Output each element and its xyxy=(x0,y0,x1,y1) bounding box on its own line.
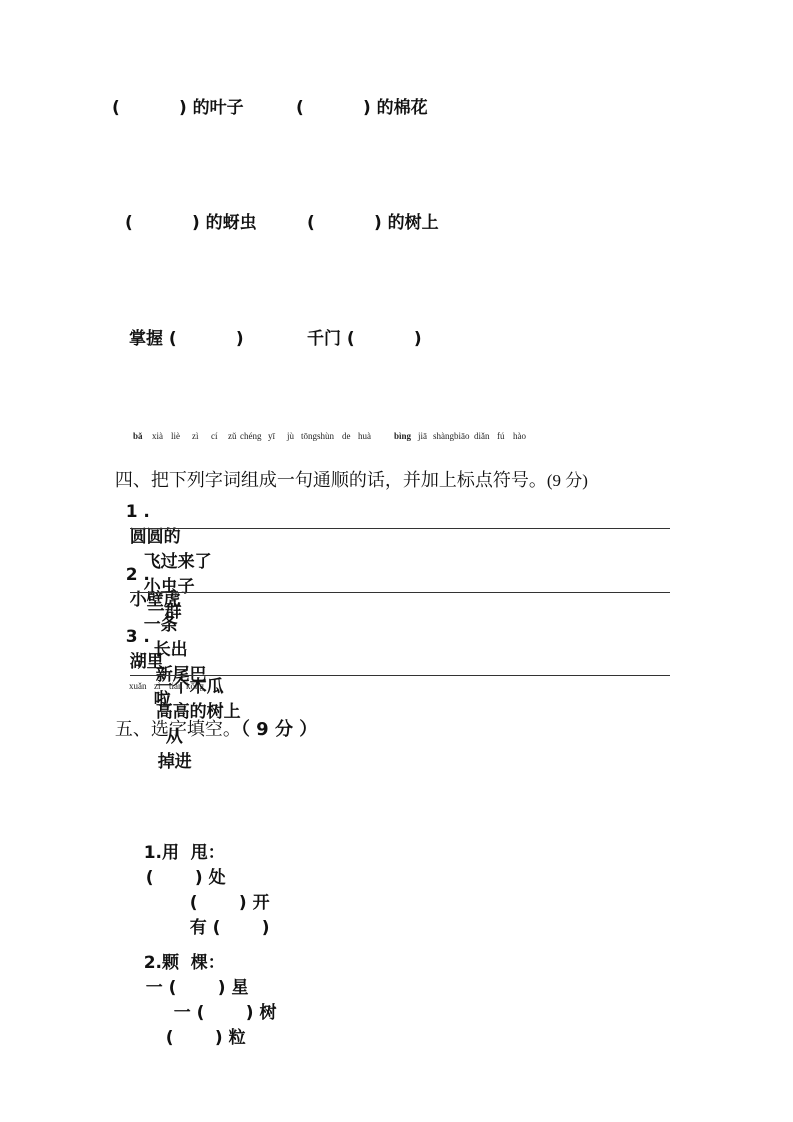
section-5-title: 五、选字填空。（ 9 分 ） xyxy=(92,694,317,762)
pinyin-annotation: hào xyxy=(513,431,526,441)
pinyin-annotation: xuǎn xyxy=(129,681,147,691)
choice-blank: ( ) 粒 xyxy=(166,1028,246,1048)
pinyin-annotation: jiā xyxy=(418,431,427,441)
pinyin-annotation: zì xyxy=(192,431,199,441)
item-number: 3 . xyxy=(126,627,150,647)
section-5-score: （ 9 分 ） xyxy=(241,719,317,740)
blank-doors: 千门 ( ) xyxy=(307,324,422,349)
choice-label: 1.用 甩： xyxy=(144,843,225,863)
pinyin-annotation: huà xyxy=(358,431,371,441)
section-4-score: (9 分) xyxy=(547,471,588,490)
pinyin-annotation: cí xyxy=(211,431,218,441)
pinyin-annotation: shàngbiāo xyxy=(433,431,470,441)
item-number: 1 . xyxy=(126,502,150,522)
word: 圆圆的 xyxy=(130,527,181,547)
pinyin-annotation: diǎn xyxy=(474,431,490,441)
choice-blank: 一 ( ) 星 xyxy=(146,978,249,998)
blank-master: 掌握 ( ) xyxy=(129,324,244,349)
choice-blank: ( ) 开 xyxy=(190,893,270,913)
pinyin-annotation: jù xyxy=(287,431,294,441)
pinyin-annotation: kōng xyxy=(186,681,204,691)
pinyin-annotation: de xyxy=(342,431,351,441)
choice-blank: ( ) 处 xyxy=(146,868,226,888)
pinyin-annotation: tōngshùn xyxy=(301,431,334,441)
pinyin-annotation: xià xyxy=(152,431,163,441)
pinyin-annotation: yī xyxy=(268,431,275,441)
blank-aphids: ( ) 的蚜虫 xyxy=(125,208,257,233)
pinyin-annotation: zì xyxy=(154,681,161,691)
answer-line-1[interactable] xyxy=(130,528,670,529)
pinyin-annotation: fú xyxy=(497,431,505,441)
pinyin-annotation: liè xyxy=(171,431,180,441)
blank-tree: ( ) 的树上 xyxy=(307,208,439,233)
choice-blank: 一 ( ) 树 xyxy=(174,1003,277,1023)
choice-label: 2.颗 棵： xyxy=(144,953,225,973)
answer-line-2[interactable] xyxy=(130,592,670,593)
pinyin-annotation: bǎ xyxy=(133,431,143,441)
pinyin-annotation: tián xyxy=(169,681,183,691)
section-5-title-text: 五、选字填空。 xyxy=(115,719,241,740)
answer-line-3[interactable] xyxy=(130,675,670,676)
choice-item-2: 2.颗 棵： 一 ( ) 星 一 ( ) 树 ( ) 粒 xyxy=(120,928,277,1068)
item-number: 2 . xyxy=(126,565,150,585)
pinyin-annotation: zǔ xyxy=(228,431,237,441)
pinyin-annotation: bìng xyxy=(394,431,411,441)
pinyin-annotation: chéng xyxy=(240,431,262,441)
word: 湖里 xyxy=(130,652,164,672)
blank-leaves: ( ) 的叶子 xyxy=(112,93,244,118)
blank-cotton: ( ) 的棉花 xyxy=(296,93,428,118)
